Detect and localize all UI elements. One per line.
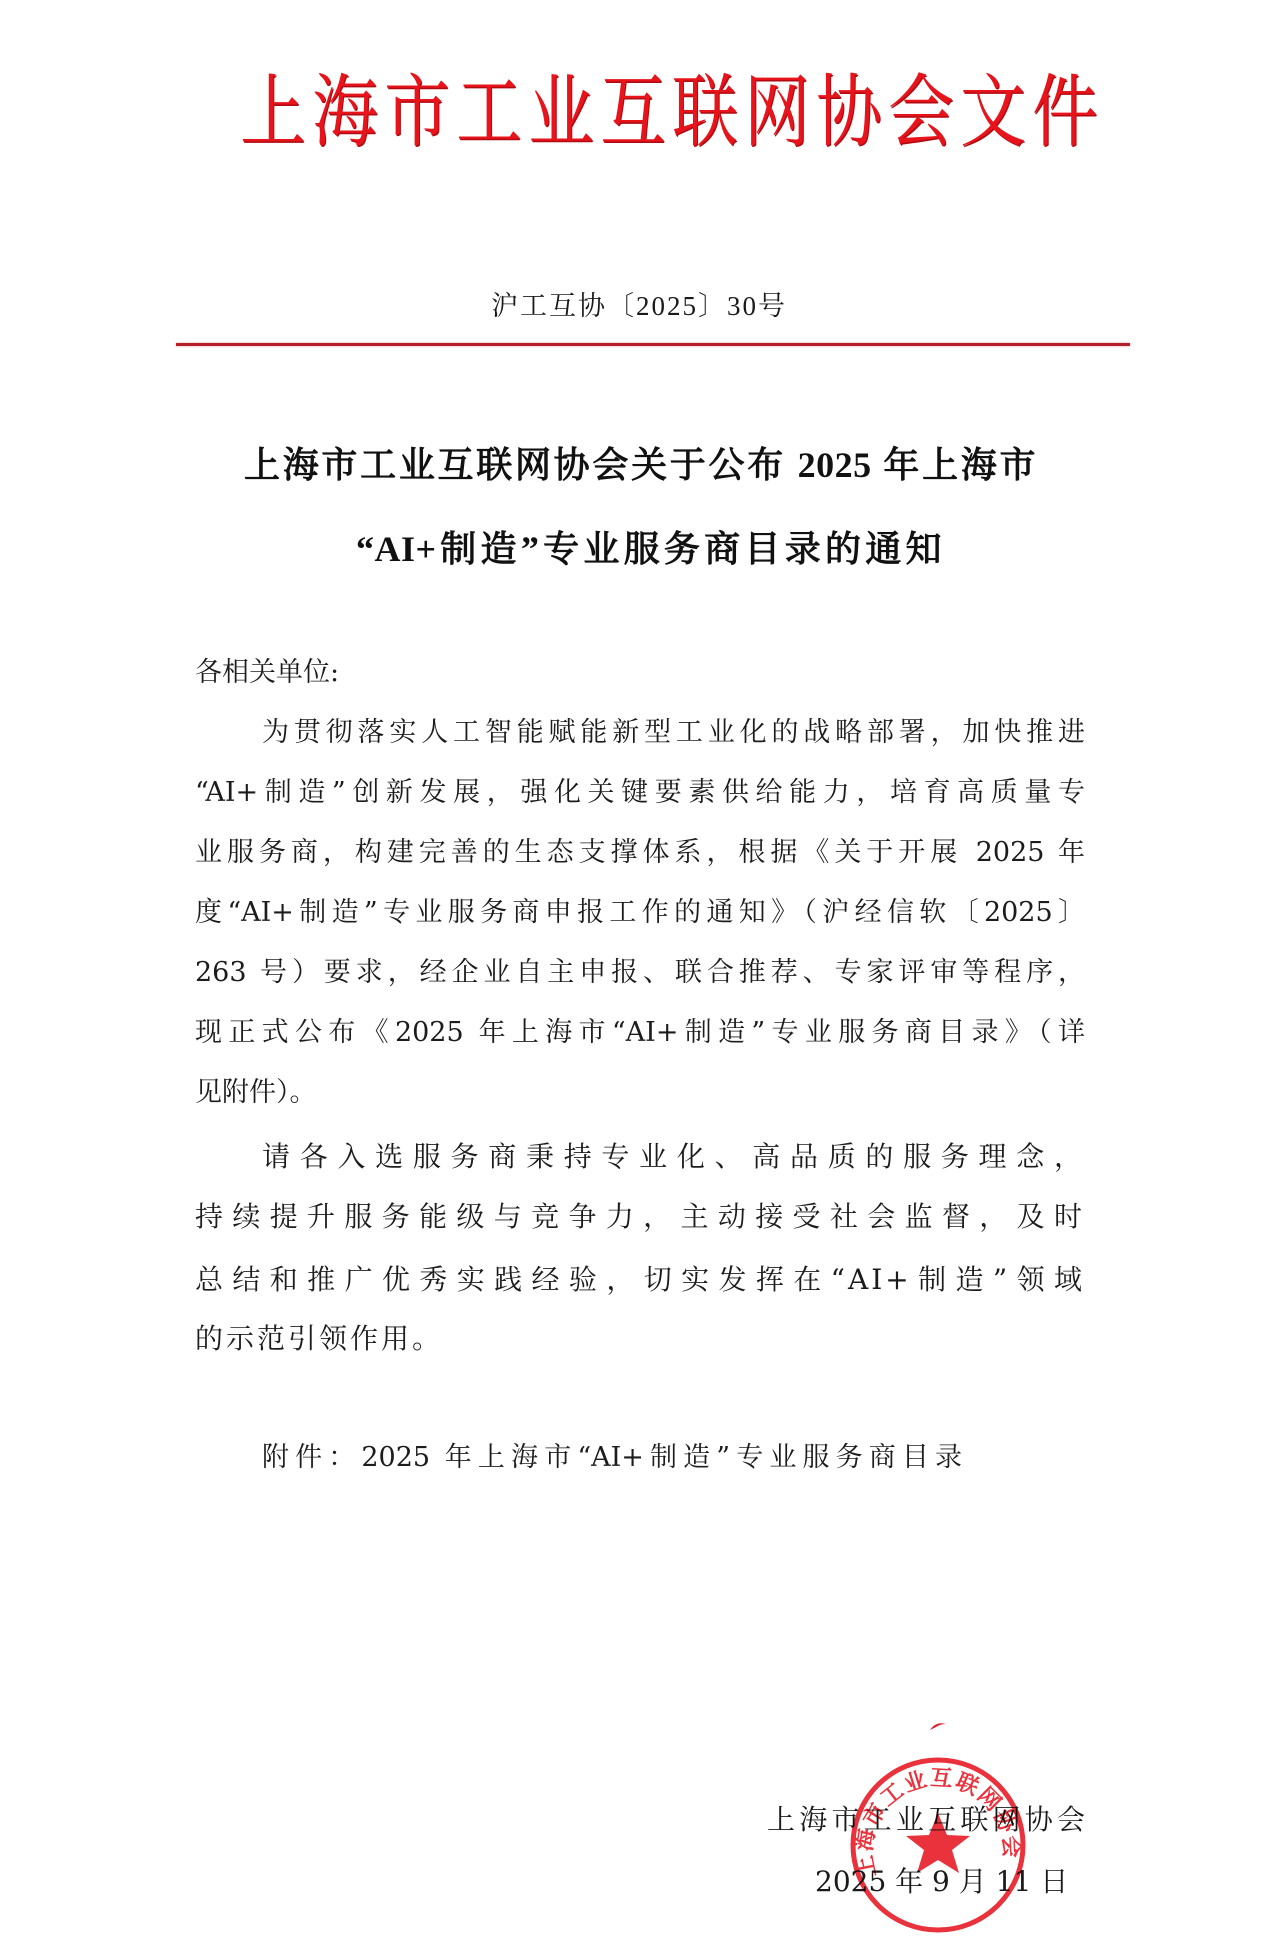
attachment-reference[interactable]: 附件：2025 年上海市“AI+制造”专业服务商目录 [262,1428,962,1488]
masthead-title: 上海市工业互联网协会文件 [240,56,1040,171]
paragraph-2-line: 持续提升服务能级与竞争力，主动接受社会监督，及时 [195,1187,1085,1247]
paragraph-1-line: 263 号）要求，经企业自主申报、联合推荐、专家评审等程序， [195,943,1085,1003]
paragraph-1-line: 业服务商，构建完善的生态支撑体系，根据《关于开展 2025 年 [195,823,1085,883]
official-seal: 上海市工业互联网协会 [848,1755,1028,1935]
paragraph-1-line: 度“AI+制造”专业服务商申报工作的通知》（沪经信软〔2025〕 [195,883,1085,943]
star-icon [906,1813,970,1873]
seal-fragment-mark [928,1720,948,1732]
paragraph-2-line: 请各入选服务商秉持专业化、高品质的服务理念， [262,1127,1085,1187]
paragraph-1-line: 见附件）。 [195,1063,1085,1123]
salutation: 各相关单位: [195,643,339,703]
paragraph-1-line: 现正式公布《2025 年上海市“AI+制造”专业服务商目录》（详 [195,1003,1085,1063]
paragraph-2-line: 的示范引领作用。 [195,1309,1085,1369]
red-divider [176,343,1130,346]
paragraph-2-line: 总结和推广优秀实践经验，切实发挥在“AI+制造”领域 [195,1250,1085,1310]
notice-title-line-2: “AI+制造”专业服务商目录的通知 [356,527,942,571]
paragraph-1-line: “AI+制造”创新发展，强化关键要素供给能力，培育高质量专 [195,763,1085,823]
notice-title-line-1: 上海市工业互联网协会关于公布 2025 年上海市 [244,443,1036,487]
paragraph-1-line: 为贯彻落实人工智能赋能新型工业化的战略部署，加快推进 [262,703,1085,763]
document-number: 沪工互协〔2025〕30号 [476,288,802,324]
